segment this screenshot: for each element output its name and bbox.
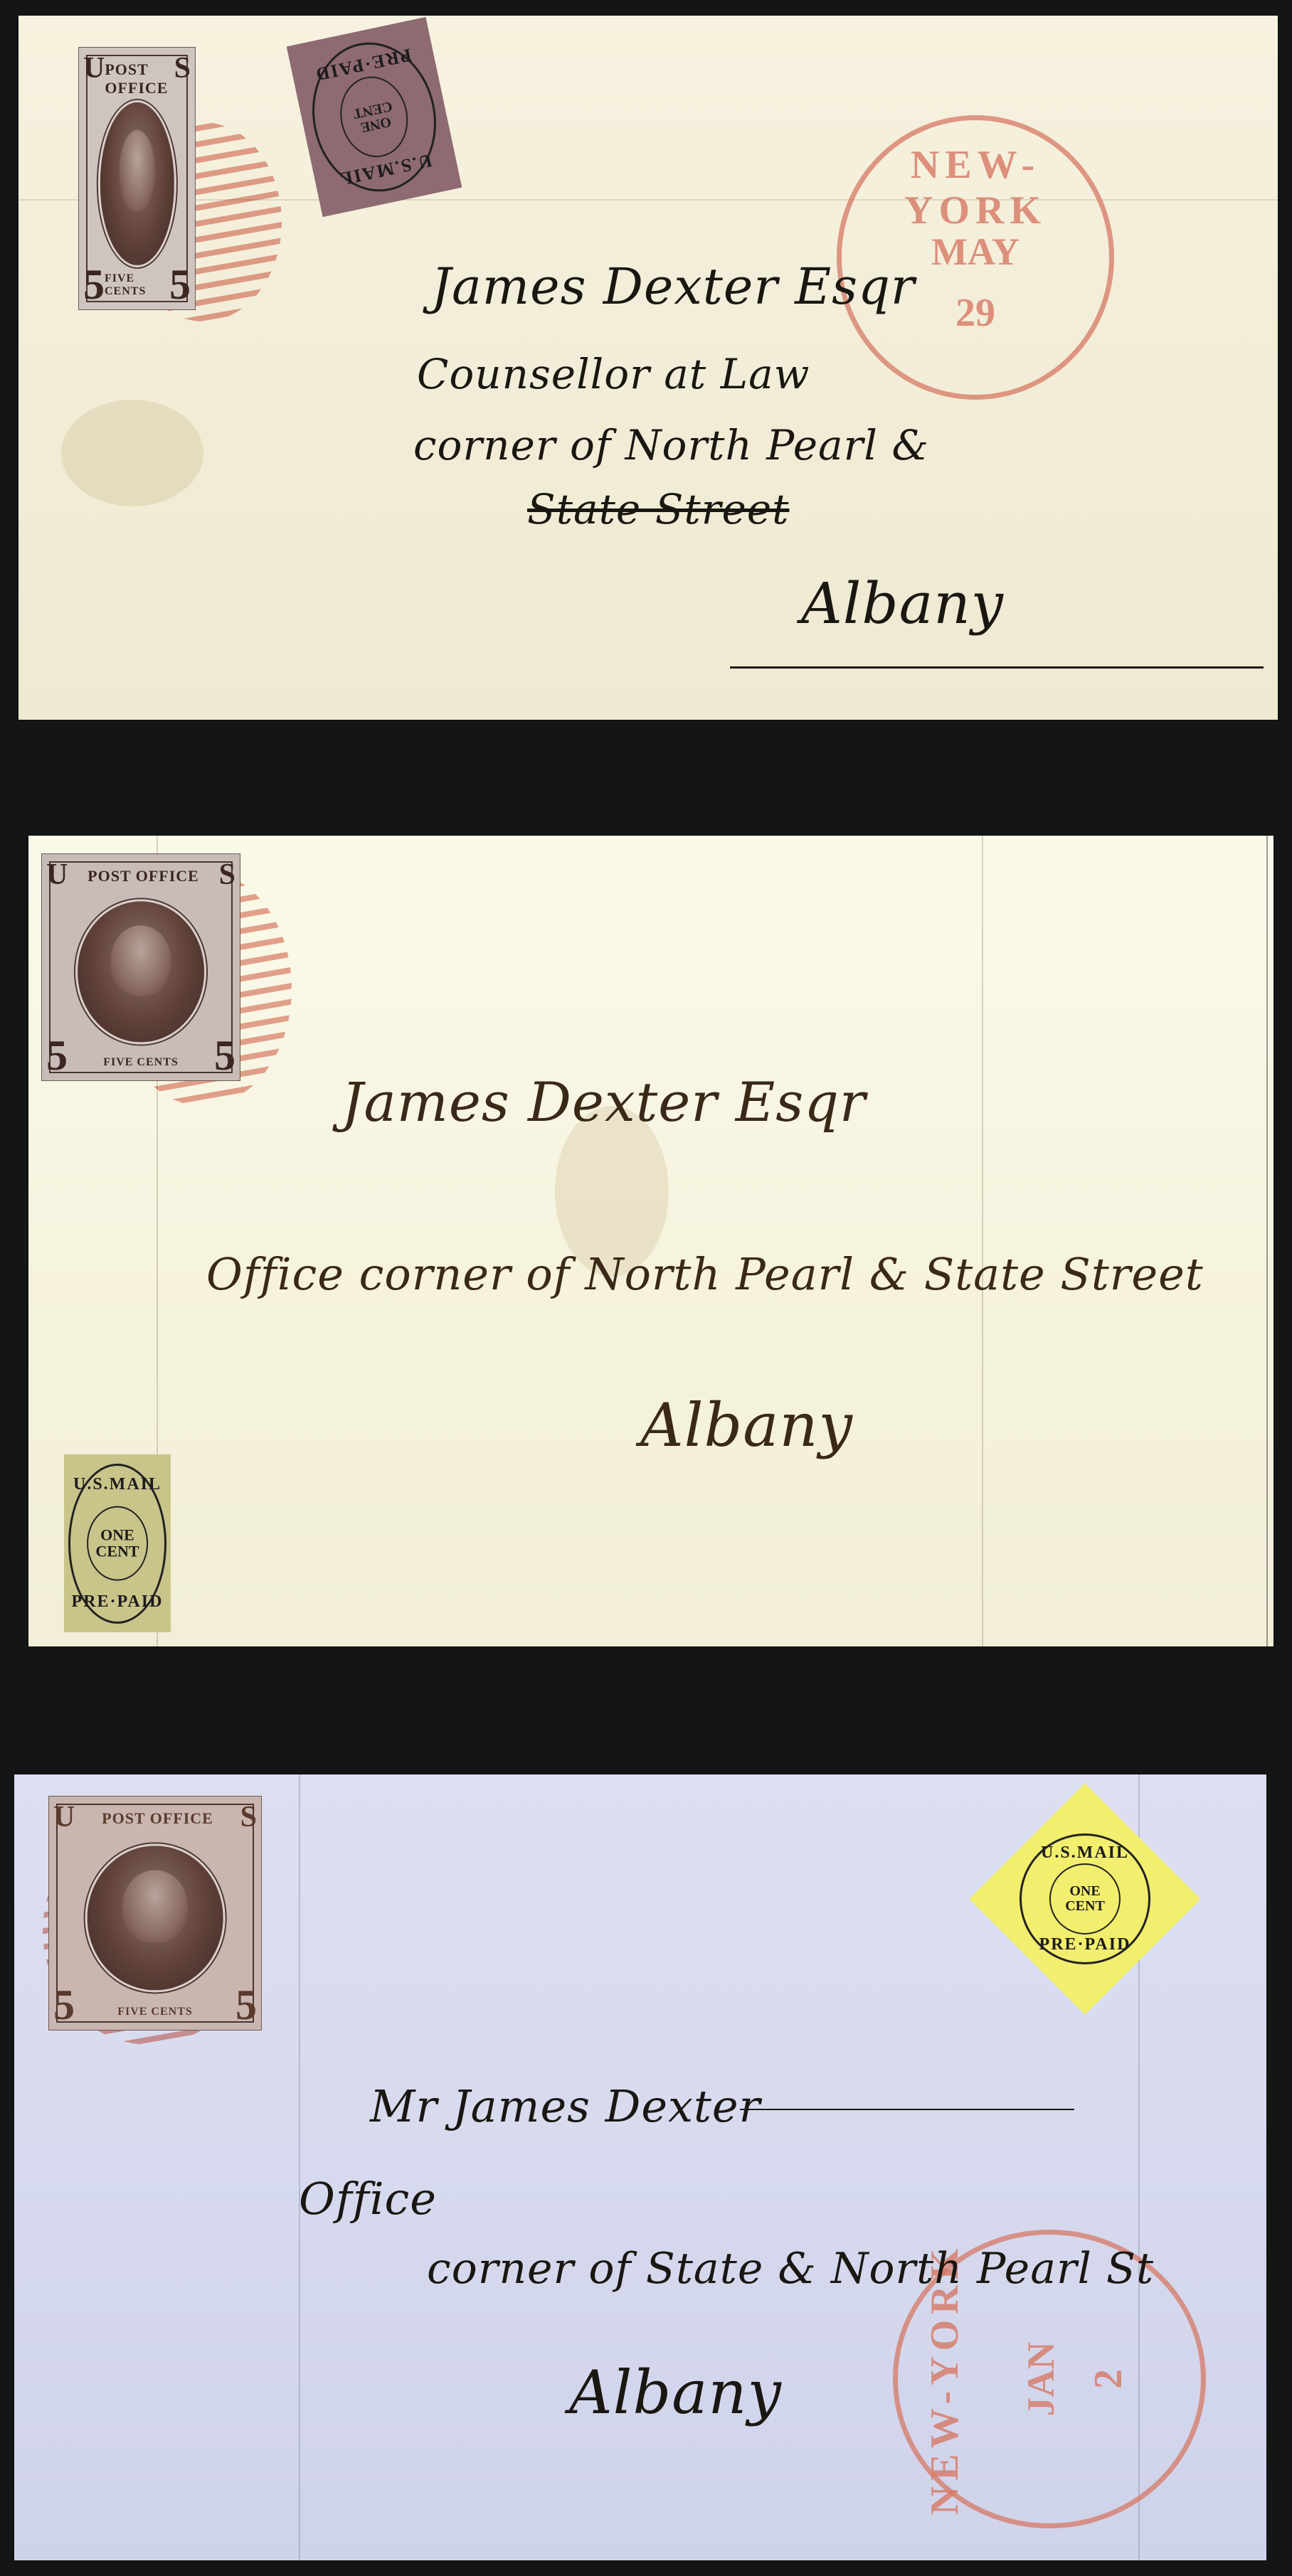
address-line-street: Office corner of North Pearl & State Str… bbox=[206, 1248, 1204, 1300]
carrier-top-text: U.S.MAIL bbox=[1022, 1843, 1148, 1863]
carrier-top-text: U.S.MAIL bbox=[70, 1475, 164, 1494]
address-line-street: corner of North Pearl & bbox=[413, 421, 929, 469]
portrait-oval bbox=[75, 900, 206, 1044]
stamp-outer-ring: U.S.MAIL ONE CENT PRE·PAID bbox=[68, 1464, 166, 1624]
fold-line bbox=[299, 1774, 300, 2560]
franklin-portrait bbox=[110, 925, 171, 996]
postmark-city: NEW-YORK bbox=[842, 142, 1109, 233]
portrait-oval bbox=[85, 1843, 226, 1992]
stamp-inner-ring: ONE CENT bbox=[87, 1506, 148, 1581]
addressee-name: James Dexter Esqr bbox=[341, 1070, 866, 1134]
city-underline bbox=[730, 666, 1264, 669]
stamp-five-cents-text: FIVE CENTS bbox=[103, 1056, 179, 1069]
stamp-value-left: 5 bbox=[83, 265, 105, 304]
stamp-value-left: 5 bbox=[46, 1036, 68, 1075]
address-city: Albany bbox=[801, 570, 1004, 637]
cover-1: U POST OFFICE S 5 FIVE CENTS 5 U.S.MAIL … bbox=[18, 16, 1278, 720]
address-city: Albany bbox=[640, 1390, 853, 1460]
stamp-corner-u: U bbox=[83, 53, 105, 83]
carrier-one-text: ONE bbox=[100, 1527, 134, 1543]
addressee-name: Mr James Dexter bbox=[370, 2080, 761, 2132]
stamp-value-left: 5 bbox=[53, 1986, 75, 2024]
portrait-oval bbox=[97, 100, 176, 267]
carrier-1c-stamp: U.S.MAIL ONE CENT PRE·PAID bbox=[287, 17, 462, 217]
cover-3: U POST OFFICE S 5 FIVE CENTS 5 U.S.MAIL … bbox=[14, 1774, 1266, 2560]
address-line-street-2: State Street bbox=[527, 485, 789, 533]
franklin-5c-stamp: U POST OFFICE S 5 FIVE CENTS 5 bbox=[78, 47, 196, 310]
carrier-1c-stamp: U.S.MAIL ONE CENT PRE·PAID bbox=[969, 1783, 1200, 2014]
name-underline bbox=[740, 2109, 1074, 2110]
stamp-inner-ring: ONE CENT bbox=[333, 70, 415, 164]
stamp-five-cents-text: FIVE CENTS bbox=[117, 2006, 193, 2018]
fold-line bbox=[982, 836, 983, 1646]
carrier-1c-stamp: U.S.MAIL ONE CENT PRE·PAID bbox=[64, 1454, 171, 1632]
carrier-cent-text: CENT bbox=[1065, 1899, 1105, 1914]
stamp-value-right: 5 bbox=[169, 265, 191, 304]
addressee-name: James Dexter Esqr bbox=[431, 257, 915, 316]
carrier-cent-text: CENT bbox=[95, 1543, 139, 1560]
paper-stain bbox=[61, 400, 203, 506]
stamp-post-office-text: POST OFFICE bbox=[105, 60, 174, 97]
address-line-street: corner of State & North Pearl St bbox=[427, 2244, 1154, 2294]
carrier-bottom-text: PRE·PAID bbox=[1022, 1935, 1148, 1954]
stamp-inner-ring: ONE CENT bbox=[1049, 1863, 1121, 1934]
address-line-title: Office bbox=[299, 2173, 437, 2225]
stamp-corner-s: S bbox=[219, 860, 235, 890]
address-line-title: Counsellor at Law bbox=[417, 350, 810, 398]
stamp-post-office-text: POST OFFICE bbox=[102, 1809, 213, 1828]
stamp-five-cents-text: FIVE CENTS bbox=[105, 272, 169, 298]
stamp-outer-ring: U.S.MAIL ONE CENT PRE·PAID bbox=[1020, 1833, 1150, 1964]
franklin-5c-stamp: U POST OFFICE S 5 FIVE CENTS 5 bbox=[41, 853, 240, 1081]
stamp-value-right: 5 bbox=[214, 1036, 235, 1075]
carrier-one-text: ONE bbox=[1069, 1884, 1100, 1899]
address-city: Albany bbox=[569, 2358, 782, 2427]
franklin-portrait bbox=[119, 130, 154, 211]
carrier-bottom-text: PRE·PAID bbox=[70, 1592, 164, 1612]
franklin-portrait bbox=[122, 1870, 188, 1942]
stamp-corner-s: S bbox=[174, 53, 191, 83]
stamp-value-right: 5 bbox=[235, 1986, 257, 2024]
franklin-5c-stamp: U POST OFFICE S 5 FIVE CENTS 5 bbox=[48, 1796, 262, 2031]
fold-line bbox=[1266, 836, 1268, 1646]
stamp-corner-u: U bbox=[46, 860, 68, 890]
stamp-corner-u: U bbox=[53, 1802, 75, 1832]
stamp-corner-s: S bbox=[240, 1802, 257, 1832]
cover-2: U POST OFFICE S 5 FIVE CENTS 5 U.S.MAIL … bbox=[28, 836, 1274, 1646]
stamp-post-office-text: POST OFFICE bbox=[88, 867, 199, 885]
stamp-outer-ring: U.S.MAIL ONE CENT PRE·PAID bbox=[299, 31, 450, 203]
